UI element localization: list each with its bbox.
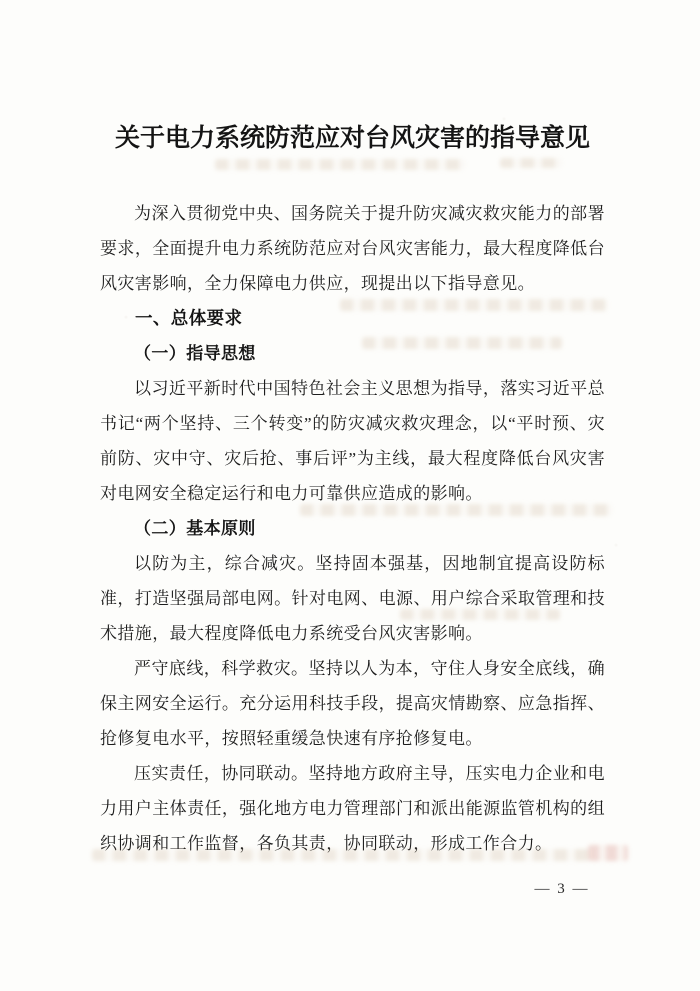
heading-section-1: 一、总体要求 <box>100 301 605 336</box>
paragraph-guiding-ideology: 以习近平新时代中国特色社会主义思想为指导，落实习近平总书记“两个坚持、三个转变”… <box>100 371 605 511</box>
bleedthrough-mark-under-title <box>215 159 465 170</box>
paragraph-principle-prevention: 以防为主，综合减灾。坚持固本强基，因地制宜提高设防标准，打造坚强局部电网。针对电… <box>100 546 605 651</box>
page-number: — 3 — <box>527 881 597 898</box>
bleedthrough-mark-under-title-2 <box>500 158 562 168</box>
paragraph-intro: 为深入贯彻党中央、国务院关于提升防灾减灾救灾能力的部署要求，全面提升电力系统防范… <box>100 196 605 301</box>
document-body: 为深入贯彻党中央、国务院关于提升防灾减灾救灾能力的部署要求，全面提升电力系统防范… <box>100 196 605 861</box>
paragraph-principle-bottom-line: 严守底线，科学救灾。坚持以人为本，守住人身安全底线，确保主网安全运行。充分运用科… <box>100 651 605 756</box>
paragraph-principle-responsibility: 压实责任，协同联动。坚持地方政府主导，压实电力企业和电力用户主体责任，强化地方电… <box>100 756 605 861</box>
subheading-basic-principles: （二）基本原则 <box>100 511 605 546</box>
document-title: 关于电力系统防范应对台风灾害的指导意见 <box>0 0 700 156</box>
scanned-document-page: 关于电力系统防范应对台风灾害的指导意见 为深入贯彻党中央、国务院关于提升防灾减灾… <box>0 0 700 991</box>
subheading-guiding-ideology: （一）指导思想 <box>100 336 605 371</box>
